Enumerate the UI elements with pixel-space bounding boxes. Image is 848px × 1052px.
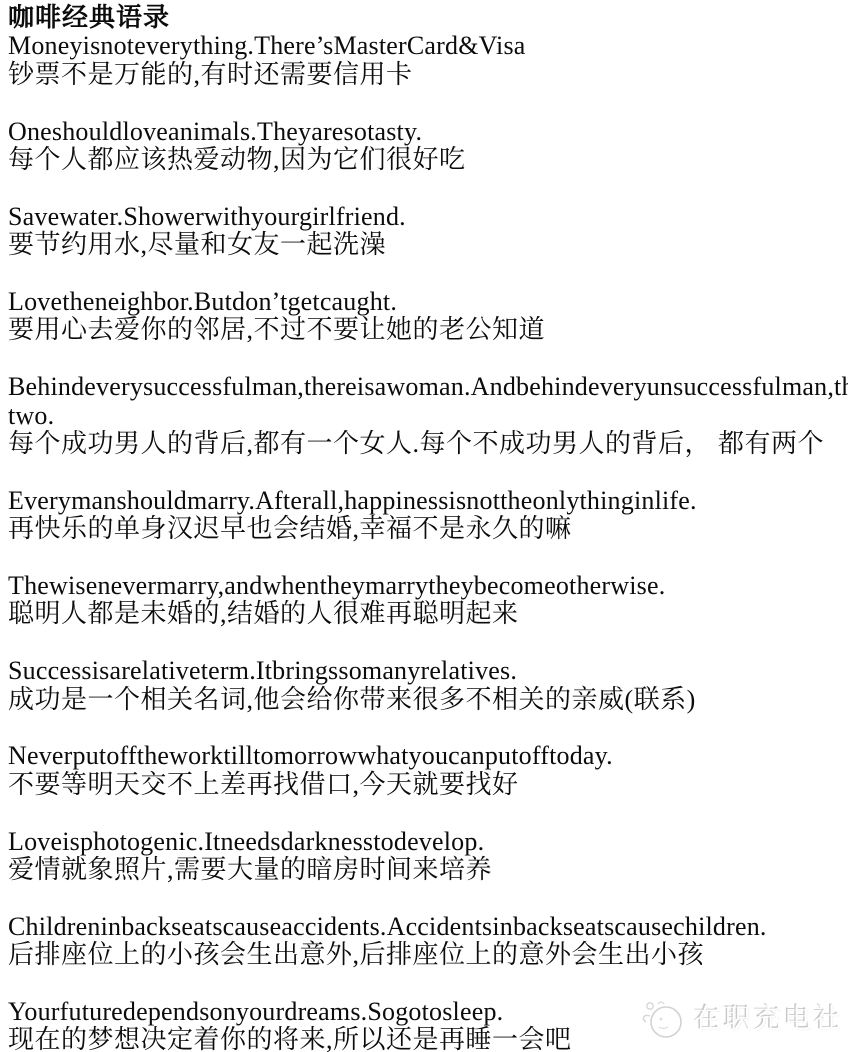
quote-chinese-line: 再快乐的单身汉迟早也会结婚,幸福不是永久的嘛 bbox=[8, 515, 846, 543]
quote-english-line: Everymanshouldmarry.Afterall,happinessis… bbox=[8, 487, 846, 515]
quote-english-line: Childreninbackseatscauseaccidents.Accide… bbox=[8, 913, 846, 941]
quote-english-line: Savewater.Showerwithyourgirlfriend. bbox=[8, 203, 846, 231]
quote-chinese-line: 不要等明天交不上差再找借口,今天就要找好 bbox=[8, 771, 846, 799]
quote-chinese-line: 聪明人都是未婚的,结婚的人很难再聪明起来 bbox=[8, 600, 846, 628]
quote-block: Successisarelativeterm.Itbringssomanyrel… bbox=[8, 657, 846, 714]
quote-block: Everymanshouldmarry.Afterall,happinessis… bbox=[8, 487, 846, 544]
quote-block: Thewisenevermarry,andwhentheymarrytheybe… bbox=[8, 572, 846, 629]
quote-block: Yourfuturedependsonyourdreams.Sogotoslee… bbox=[8, 998, 846, 1052]
quote-english-line: Behindeverysuccessfulman,thereisawoman.A… bbox=[8, 373, 846, 430]
quote-english-line: Moneyisnoteverything.There’sMasterCard&V… bbox=[8, 32, 846, 60]
quote-block: Savewater.Showerwithyourgirlfriend. 要节约用… bbox=[8, 203, 846, 260]
quote-chinese-line: 现在的梦想决定着你的将来,所以还是再睡一会吧 bbox=[8, 1026, 846, 1052]
quote-english-line: Neverputofftheworktilltomorrowwhatyoucan… bbox=[8, 742, 846, 770]
page-title: 咖啡经典语录 bbox=[8, 4, 846, 32]
quote-chinese-line: 要节约用水,尽量和女友一起洗澡 bbox=[8, 231, 846, 259]
document-body: 咖啡经典语录 Moneyisnoteverything.There’sMaste… bbox=[0, 0, 848, 1052]
quotes-list: Moneyisnoteverything.There’sMasterCard&V… bbox=[8, 32, 846, 1052]
quote-block: Moneyisnoteverything.There’sMasterCard&V… bbox=[8, 32, 846, 89]
quote-block: Neverputofftheworktilltomorrowwhatyoucan… bbox=[8, 742, 846, 799]
quote-block: Loveisphotogenic.Itneedsdarknesstodevelo… bbox=[8, 828, 846, 885]
quote-chinese-line: 爱情就象照片,需要大量的暗房时间来培养 bbox=[8, 856, 846, 884]
quote-english-line: Oneshouldloveanimals.Theyaresotasty. bbox=[8, 118, 846, 146]
quote-block: Oneshouldloveanimals.Theyaresotasty. 每个人… bbox=[8, 118, 846, 175]
quote-chinese-line: 钞票不是万能的,有时还需要信用卡 bbox=[8, 61, 846, 89]
quote-chinese-line: 后排座位上的小孩会生出意外,后排座位上的意外会生出小孩 bbox=[8, 941, 846, 969]
quote-english-line: Lovetheneighbor.Butdon’tgetcaught. bbox=[8, 288, 846, 316]
quote-block: Behindeverysuccessfulman,thereisawoman.A… bbox=[8, 373, 846, 458]
quote-english-line: Successisarelativeterm.Itbringssomanyrel… bbox=[8, 657, 846, 685]
quote-chinese-line: 每个人都应该热爱动物,因为它们很好吃 bbox=[8, 146, 846, 174]
quote-english-line: Yourfuturedependsonyourdreams.Sogotoslee… bbox=[8, 998, 846, 1026]
quote-chinese-line: 成功是一个相关名词,他会给你带来很多不相关的亲威(联系) bbox=[8, 686, 846, 714]
quote-english-line: Thewisenevermarry,andwhentheymarrytheybe… bbox=[8, 572, 846, 600]
quote-chinese-line: 要用心去爱你的邻居,不过不要让她的老公知道 bbox=[8, 316, 846, 344]
quote-english-line: Loveisphotogenic.Itneedsdarknesstodevelo… bbox=[8, 828, 846, 856]
quote-block: Childreninbackseatscauseaccidents.Accide… bbox=[8, 913, 846, 970]
quote-block: Lovetheneighbor.Butdon’tgetcaught. 要用心去爱… bbox=[8, 288, 846, 345]
quote-chinese-line: 每个成功男人的背后,都有一个女人.每个不成功男人的背后， 都有两个 bbox=[8, 430, 846, 458]
